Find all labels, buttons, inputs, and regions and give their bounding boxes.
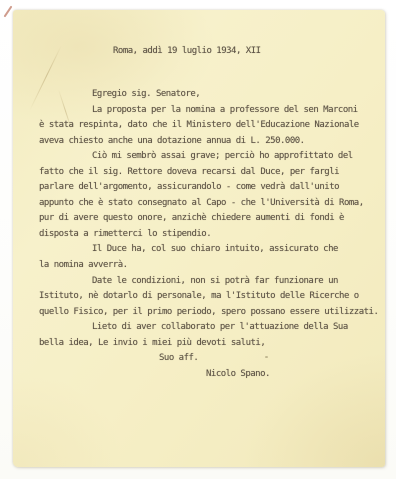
letter-line: appunto che è stato consegnato al Capo -… bbox=[39, 196, 379, 212]
letter-closing: Suo aff. bbox=[39, 351, 379, 367]
letter-line: Date le condizioni, non si potrà far fun… bbox=[39, 274, 379, 290]
letter-line: Il Duce ha, col suo chiaro intuito, assi… bbox=[39, 242, 379, 258]
letter-line: Lieto di aver collaborato per l'attuazio… bbox=[39, 320, 379, 336]
letter-salutation: Egregio sig. Senatore, bbox=[39, 87, 379, 103]
letter-line: è stata respinta, dato che il Ministero … bbox=[39, 118, 379, 134]
letter-line: quello Fisico, per il primo periodo, spe… bbox=[39, 305, 379, 321]
letter-date-line: Roma, addì 19 luglio 1934, XII bbox=[113, 46, 261, 56]
letter-line: Ciò mi sembrò assai grave; perciò ho app… bbox=[39, 149, 379, 165]
letter-page: Roma, addì 19 luglio 1934, XII Egregio s… bbox=[13, 10, 385, 467]
letter-line: bella idea, Le invio i miei più devoti s… bbox=[39, 336, 379, 352]
letter-line: fatto che il sig. Rettore doveva recarsi… bbox=[39, 165, 379, 181]
letter-line: Istituto, nè dotarlo di personale, ma l'… bbox=[39, 289, 379, 305]
letter-body: Egregio sig. Senatore, La proposta per l… bbox=[39, 87, 379, 382]
letter-signature: Nicolo Spano. bbox=[39, 367, 379, 383]
ink-fleck-mark bbox=[4, 6, 13, 18]
letter-line: disposta a rimetterci lo stipendio. bbox=[39, 227, 379, 243]
letter-line: la nomina avverrà. bbox=[39, 258, 379, 274]
letter-line: aveva chiesto anche una dotazione annua … bbox=[39, 134, 379, 150]
letter-line: pur di avere questo onore, anzichè chied… bbox=[39, 211, 379, 227]
letter-line: La proposta per la nomina a professore d… bbox=[39, 103, 379, 119]
letter-scan: Roma, addì 19 luglio 1934, XII Egregio s… bbox=[0, 0, 396, 479]
letter-line: parlare dell'argomento, assicurandolo - … bbox=[39, 180, 379, 196]
